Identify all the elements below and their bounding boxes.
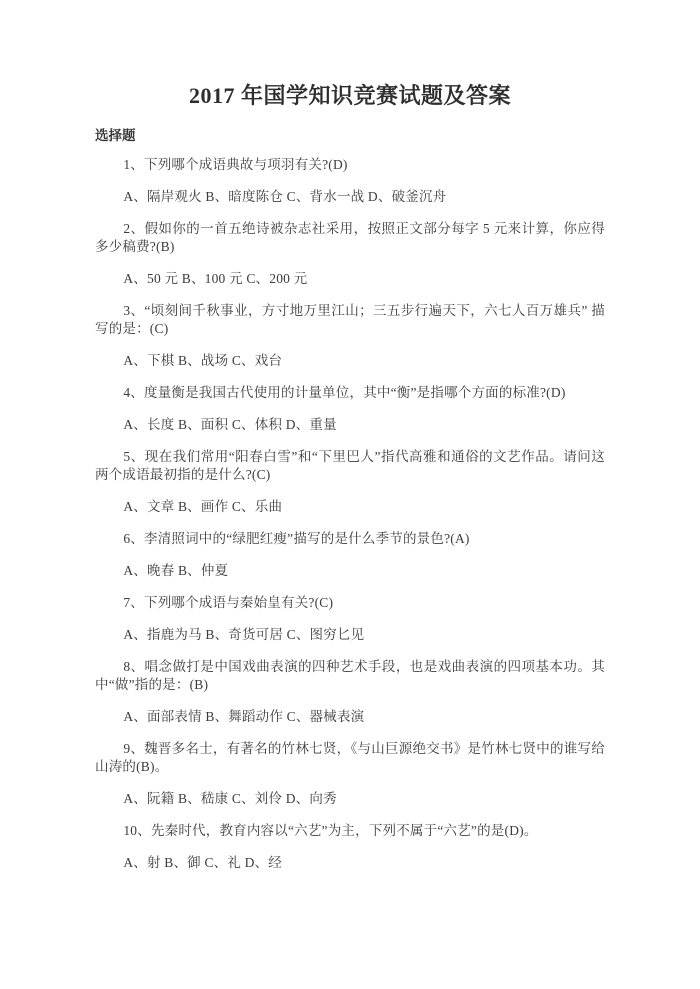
- question-block: 1、下列哪个成语典故与项羽有关?(D) A、隔岸观火 B、暗度陈仓 C、背水一战…: [95, 156, 605, 206]
- question-list: 1、下列哪个成语典故与项羽有关?(D) A、隔岸观火 B、暗度陈仓 C、背水一战…: [95, 156, 605, 872]
- question-block: 5、现在我们常用“阳春白雪”和“下里巴人”指代高雅和通俗的文艺作品。请问这两个成…: [95, 448, 605, 516]
- question-options: A、50 元 B、100 元 C、200 元: [95, 270, 605, 288]
- question-text: 10、先秦时代，教育内容以“六艺”为主，下列不属于“六艺”的是(D)。: [95, 822, 605, 840]
- question-options: A、阮籍 B、嵇康 C、刘伶 D、向秀: [95, 790, 605, 808]
- question-text: 6、李清照词中的“绿肥红瘦”描写的是什么季节的景色?(A): [95, 530, 605, 548]
- question-text: 2、假如你的一首五绝诗被杂志社采用，按照正文部分每字 5 元来计算，你应得多少稿…: [95, 220, 605, 256]
- question-options: A、晚春 B、仲夏: [95, 562, 605, 580]
- question-block: 8、唱念做打是中国戏曲表演的四种艺术手段，也是戏曲表演的四项基本功。其中“做”指…: [95, 658, 605, 726]
- question-text: 5、现在我们常用“阳春白雪”和“下里巴人”指代高雅和通俗的文艺作品。请问这两个成…: [95, 448, 605, 484]
- question-options: A、射 B、御 C、礼 D、经: [95, 854, 605, 872]
- question-block: 10、先秦时代，教育内容以“六艺”为主，下列不属于“六艺”的是(D)。 A、射 …: [95, 822, 605, 872]
- question-block: 6、李清照词中的“绿肥红瘦”描写的是什么季节的景色?(A) A、晚春 B、仲夏: [95, 530, 605, 580]
- document-page: 2017 年国学知识竞赛试题及答案 选择题 1、下列哪个成语典故与项羽有关?(D…: [0, 0, 700, 989]
- question-text: 3、“顷刻间千秋事业，方寸地万里江山；三五步行遍天下，六七人百万雄兵” 描写的是…: [95, 302, 605, 338]
- question-block: 3、“顷刻间千秋事业，方寸地万里江山；三五步行遍天下，六七人百万雄兵” 描写的是…: [95, 302, 605, 370]
- question-text: 9、魏晋多名士，有著名的竹林七贤，《与山巨源绝交书》是竹林七贤中的谁写给山涛的(…: [95, 740, 605, 776]
- question-block: 7、下列哪个成语与秦始皇有关?(C) A、指鹿为马 B、奇货可居 C、图穷匕见: [95, 594, 605, 644]
- question-text: 8、唱念做打是中国戏曲表演的四种艺术手段，也是戏曲表演的四项基本功。其中“做”指…: [95, 658, 605, 694]
- page-title: 2017 年国学知识竞赛试题及答案: [95, 83, 605, 108]
- section-heading: 选择题: [95, 127, 605, 145]
- question-options: A、面部表情 B、舞蹈动作 C、器械表演: [95, 708, 605, 726]
- question-options: A、长度 B、面积 C、体积 D、重量: [95, 416, 605, 434]
- question-text: 4、度量衡是我国古代使用的计量单位，其中“衡”是指哪个方面的标准?(D): [95, 384, 605, 402]
- question-block: 2、假如你的一首五绝诗被杂志社采用，按照正文部分每字 5 元来计算，你应得多少稿…: [95, 220, 605, 288]
- question-text: 7、下列哪个成语与秦始皇有关?(C): [95, 594, 605, 612]
- question-block: 9、魏晋多名士，有著名的竹林七贤，《与山巨源绝交书》是竹林七贤中的谁写给山涛的(…: [95, 740, 605, 808]
- question-block: 4、度量衡是我国古代使用的计量单位，其中“衡”是指哪个方面的标准?(D) A、长…: [95, 384, 605, 434]
- question-options: A、隔岸观火 B、暗度陈仓 C、背水一战 D、破釜沉舟: [95, 188, 605, 206]
- question-text: 1、下列哪个成语典故与项羽有关?(D): [95, 156, 605, 174]
- question-options: A、指鹿为马 B、奇货可居 C、图穷匕见: [95, 626, 605, 644]
- question-options: A、下棋 B、战场 C、戏台: [95, 352, 605, 370]
- question-options: A、文章 B、画作 C、乐曲: [95, 498, 605, 516]
